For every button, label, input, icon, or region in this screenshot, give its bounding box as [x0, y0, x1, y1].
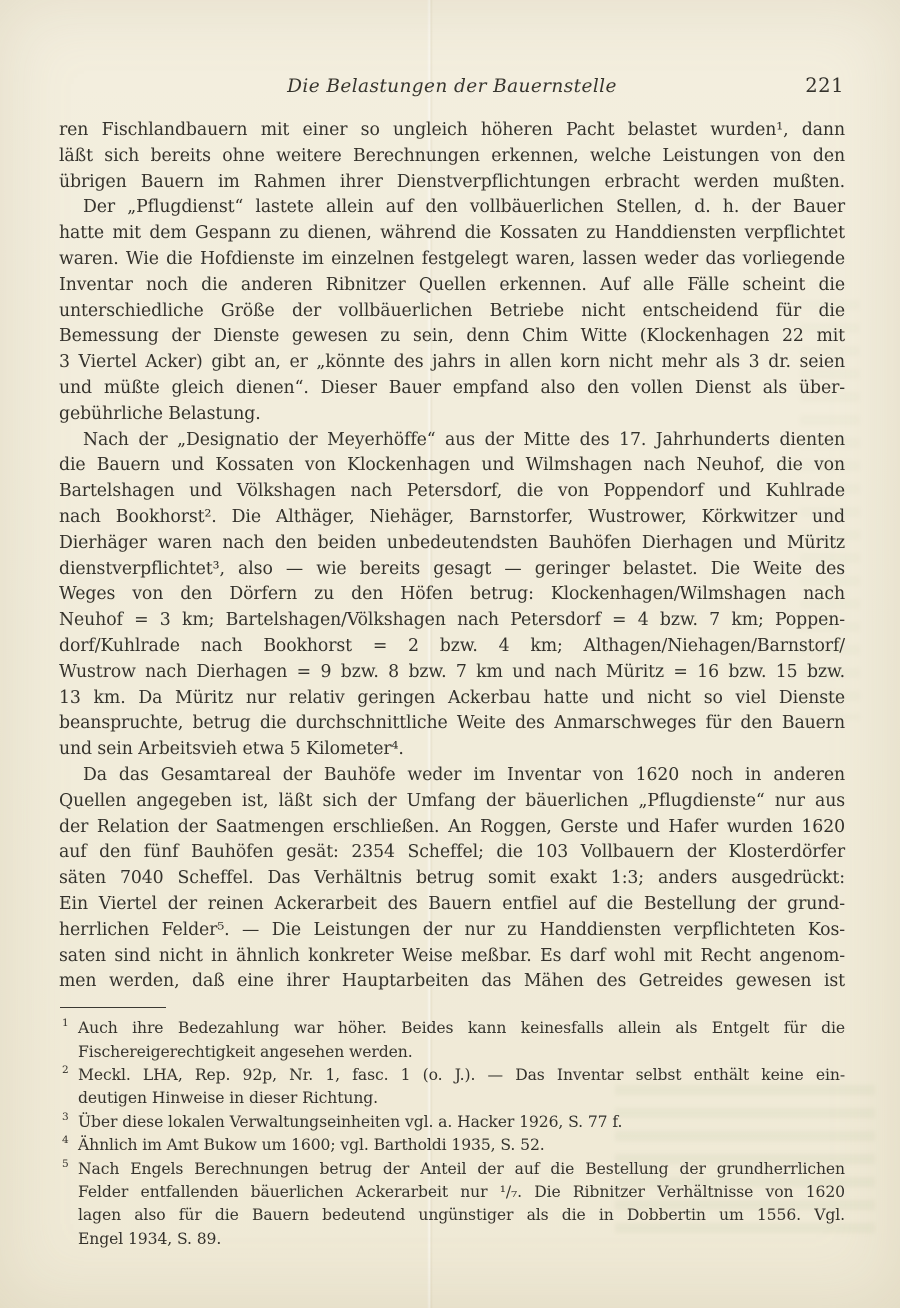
text-line: men werden, daß eine ihrer Hauptarbeiten… [59, 969, 845, 995]
text-line: Weges von den Dörfern zu den Höfen betru… [59, 582, 845, 608]
text-line: säten 7040 Scheffel. Das Verhältnis betr… [59, 866, 845, 892]
text-line: Engel 1934, S. 89. [78, 1228, 845, 1251]
running-head: Die Belastungen der Bauernstelle 221 [59, 76, 845, 102]
text-line: 13 km. Da Müritz nur relativ geringen Ac… [59, 686, 845, 712]
text-line: nach Bookhorst². Die Althäger, Niehäger,… [59, 505, 845, 531]
text-line: läßt sich bereits ohne weitere Berechnun… [59, 144, 845, 170]
footnote-1: 1 Auch ihre Bedezahlung war höher. Beide… [59, 1017, 845, 1064]
footnote-text-5: Nach Engels Berechnungen betrug der Ante… [78, 1158, 845, 1252]
text-line: herrlichen Felder⁵. — Die Leistungen der… [59, 918, 845, 944]
text-line: Nach der „Designatio der Meyerhöffe“ aus… [59, 428, 845, 454]
text-line: Wustrow nach Dierhagen = 9 bzw. 8 bzw. 7… [59, 660, 845, 686]
text-line: Quellen angegeben ist, läßt sich der Umf… [59, 789, 845, 815]
text-line: auf den fünf Bauhöfen gesät: 2354 Scheff… [59, 840, 845, 866]
text-line: unterschiedliche Größe der vollbäuerlich… [59, 299, 845, 325]
text-line: dienstverpflichtet³, also — wie bereits … [59, 557, 845, 583]
text-line: Fischereigerechtigkeit angesehen werden. [78, 1041, 845, 1064]
text-line: die Bauern und Kossaten von Klockenhagen… [59, 453, 845, 479]
body-text: ren Fischlandbauern mit einer so ungleic… [59, 118, 845, 995]
page-content: Die Belastungen der Bauernstelle 221 ren… [59, 76, 845, 1251]
footnote-2: 2 Meckl. LHA, Rep. 92p, Nr. 1, fasc. 1 (… [59, 1064, 845, 1111]
text-line: Felder entfallenden bäuerlichen Ackerarb… [78, 1181, 845, 1204]
footnote-separator-rule [60, 1007, 166, 1008]
text-line: Da das Gesamtareal der Bauhöfe weder im … [59, 763, 845, 789]
footnote-text-4: Ähnlich im Amt Bukow um 1600; vgl. Barth… [78, 1134, 845, 1157]
text-line: Neuhof = 3 km; Bartelshagen/Völkshagen n… [59, 608, 845, 634]
text-line: Bartelshagen und Völkshagen nach Petersd… [59, 479, 845, 505]
text-line: Über diese lokalen Verwaltungseinheiten … [78, 1111, 845, 1134]
text-line: Ähnlich im Amt Bukow um 1600; vgl. Barth… [78, 1134, 845, 1157]
footnote-3: 3 Über diese lokalen Verwaltungseinheite… [59, 1111, 845, 1134]
text-line: waren. Wie die Hofdienste im einzelnen f… [59, 247, 845, 273]
footnote-marker-4: 4 [62, 1135, 69, 1146]
footnote-5: 5 Nach Engels Berechnungen betrug der An… [59, 1158, 845, 1252]
text-line: Nach Engels Berechnungen betrug der Ante… [78, 1158, 845, 1181]
footnote-text-1: Auch ihre Bedezahlung war höher. Beides … [78, 1017, 845, 1064]
paragraph-3: Nach der „Designatio der Meyerhöffe“ aus… [59, 428, 845, 763]
text-line: lagen also für die Bauern bedeutend ungü… [78, 1204, 845, 1227]
footnote-marker-1: 1 [62, 1018, 69, 1029]
text-line: Inventar noch die anderen Ribnitzer Quel… [59, 273, 845, 299]
text-line: gebührliche Belastung. [59, 402, 845, 428]
running-head-title: Die Belastungen der Bauernstelle [59, 76, 845, 97]
paragraph-2: Der „Pflugdienst“ lastete allein auf den… [59, 195, 845, 427]
text-line: dorf/Kuhlrade nach Bookhorst = 2 bzw. 4 … [59, 634, 845, 660]
text-line: Auch ihre Bedezahlung war höher. Beides … [78, 1017, 845, 1040]
text-line: beanspruchte, betrug die durchschnittlic… [59, 711, 845, 737]
text-line: hatte mit dem Gespann zu dienen, während… [59, 221, 845, 247]
footnote-4: 4 Ähnlich im Amt Bukow um 1600; vgl. Bar… [59, 1134, 845, 1157]
text-line: Der „Pflugdienst“ lastete allein auf den… [59, 195, 845, 221]
text-line: ren Fischlandbauern mit einer so ungleic… [59, 118, 845, 144]
text-line: 3 Viertel Acker) gibt an, er „könnte des… [59, 350, 845, 376]
footnotes-block: 1 Auch ihre Bedezahlung war höher. Beide… [59, 1017, 845, 1251]
page-number: 221 [805, 74, 844, 97]
text-line: und müßte gleich dienen“. Dieser Bauer e… [59, 376, 845, 402]
paragraph-1: ren Fischlandbauern mit einer so ungleic… [59, 118, 845, 195]
text-line: der Relation der Saatmengen erschließen.… [59, 815, 845, 841]
footnote-marker-2: 2 [62, 1065, 69, 1076]
footnote-marker-3: 3 [62, 1112, 69, 1123]
text-line: Dierhäger waren nach den beiden unbedeut… [59, 531, 845, 557]
text-line: übrigen Bauern im Rahmen ihrer Dienstver… [59, 170, 845, 196]
footnote-text-2: Meckl. LHA, Rep. 92p, Nr. 1, fasc. 1 (o.… [78, 1064, 845, 1111]
footnote-marker-5: 5 [62, 1159, 69, 1170]
paragraph-4: Da das Gesamtareal der Bauhöfe weder im … [59, 763, 845, 995]
text-line: saten sind nicht in ähnlich konkreter We… [59, 944, 845, 970]
footnote-text-3: Über diese lokalen Verwaltungseinheiten … [78, 1111, 845, 1134]
text-line: Meckl. LHA, Rep. 92p, Nr. 1, fasc. 1 (o.… [78, 1064, 845, 1087]
text-line: Bemessung der Dienste gewesen zu sein, d… [59, 324, 845, 350]
text-line: und sein Arbeitsvieh etwa 5 Kilometer⁴. [59, 737, 845, 763]
text-line: Ein Viertel der reinen Ackerarbeit des B… [59, 892, 845, 918]
text-line: deutigen Hinweise in dieser Richtung. [78, 1087, 845, 1110]
book-page-scan: Die Belastungen der Bauernstelle 221 ren… [0, 0, 900, 1308]
